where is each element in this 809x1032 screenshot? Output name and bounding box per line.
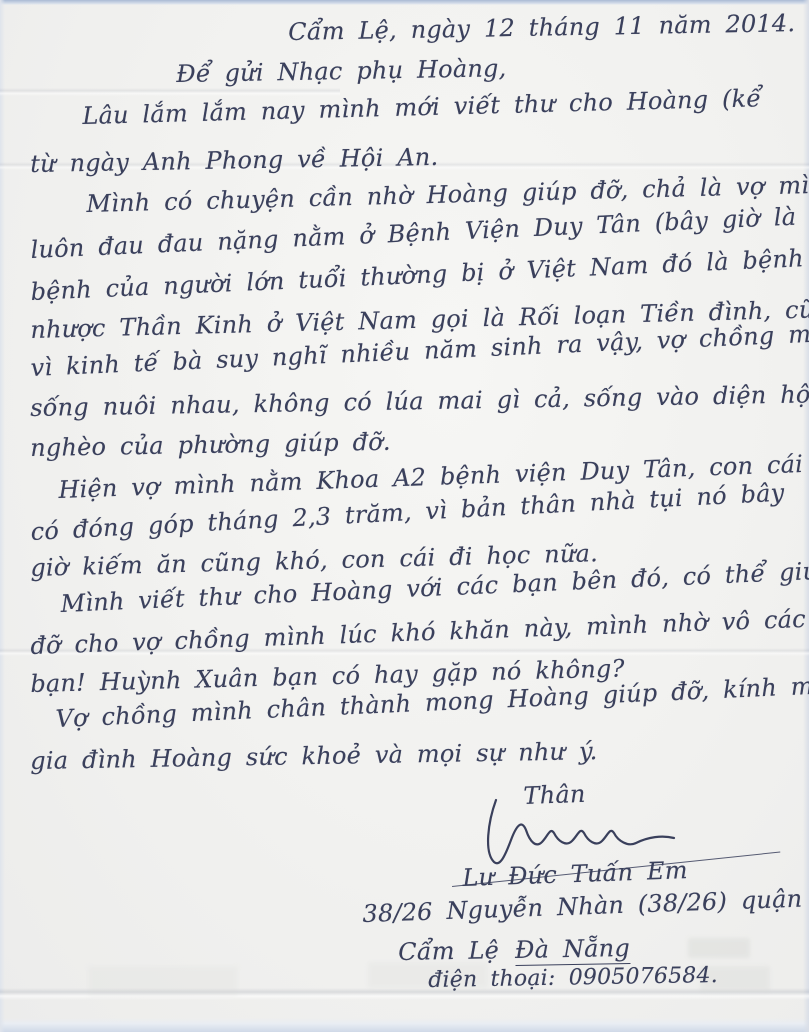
bleed-through-mark [688, 938, 750, 958]
address-city: Đà Nẵng [515, 934, 630, 966]
letter-line: gia đình Hoàng sức khoẻ và mọi sự như ý. [30, 737, 598, 775]
phone-line: điện thoại: 0905076584. [428, 963, 718, 993]
scan-edge-left [0, 0, 5, 1032]
letter-line: sống nuôi nhau, không có lúa mai gì cả, … [30, 380, 809, 422]
address-place: Cẩm Lệ [398, 936, 499, 966]
scan-edge-bottom [0, 1018, 809, 1032]
salutation-line: Để gửi Nhạc phụ Hoàng, [176, 54, 507, 88]
letter-page: Cẩm Lệ, ngày 12 tháng 11 năm 2014. Để gử… [0, 0, 809, 1032]
phone-number: 0905076584. [569, 963, 719, 991]
scan-edge-right [803, 0, 809, 1032]
bleed-through-mark [88, 966, 238, 996]
letter-line: từ ngày Anh Phong về Hội An. [30, 143, 439, 178]
scan-edge-top [0, 0, 809, 5]
address-line-street: 38/26 Nguyễn Nhàn (38/26) quận [362, 885, 803, 928]
phone-label: điện thoại: [428, 966, 556, 993]
letter-line: nghèo của phường giúp đỡ. [30, 428, 391, 462]
paper-crease [0, 88, 340, 96]
place-date-line: Cẩm Lệ, ngày 12 tháng 11 năm 2014. [288, 9, 795, 46]
address-line-city: Cẩm LệĐà Nẵng [398, 934, 630, 966]
